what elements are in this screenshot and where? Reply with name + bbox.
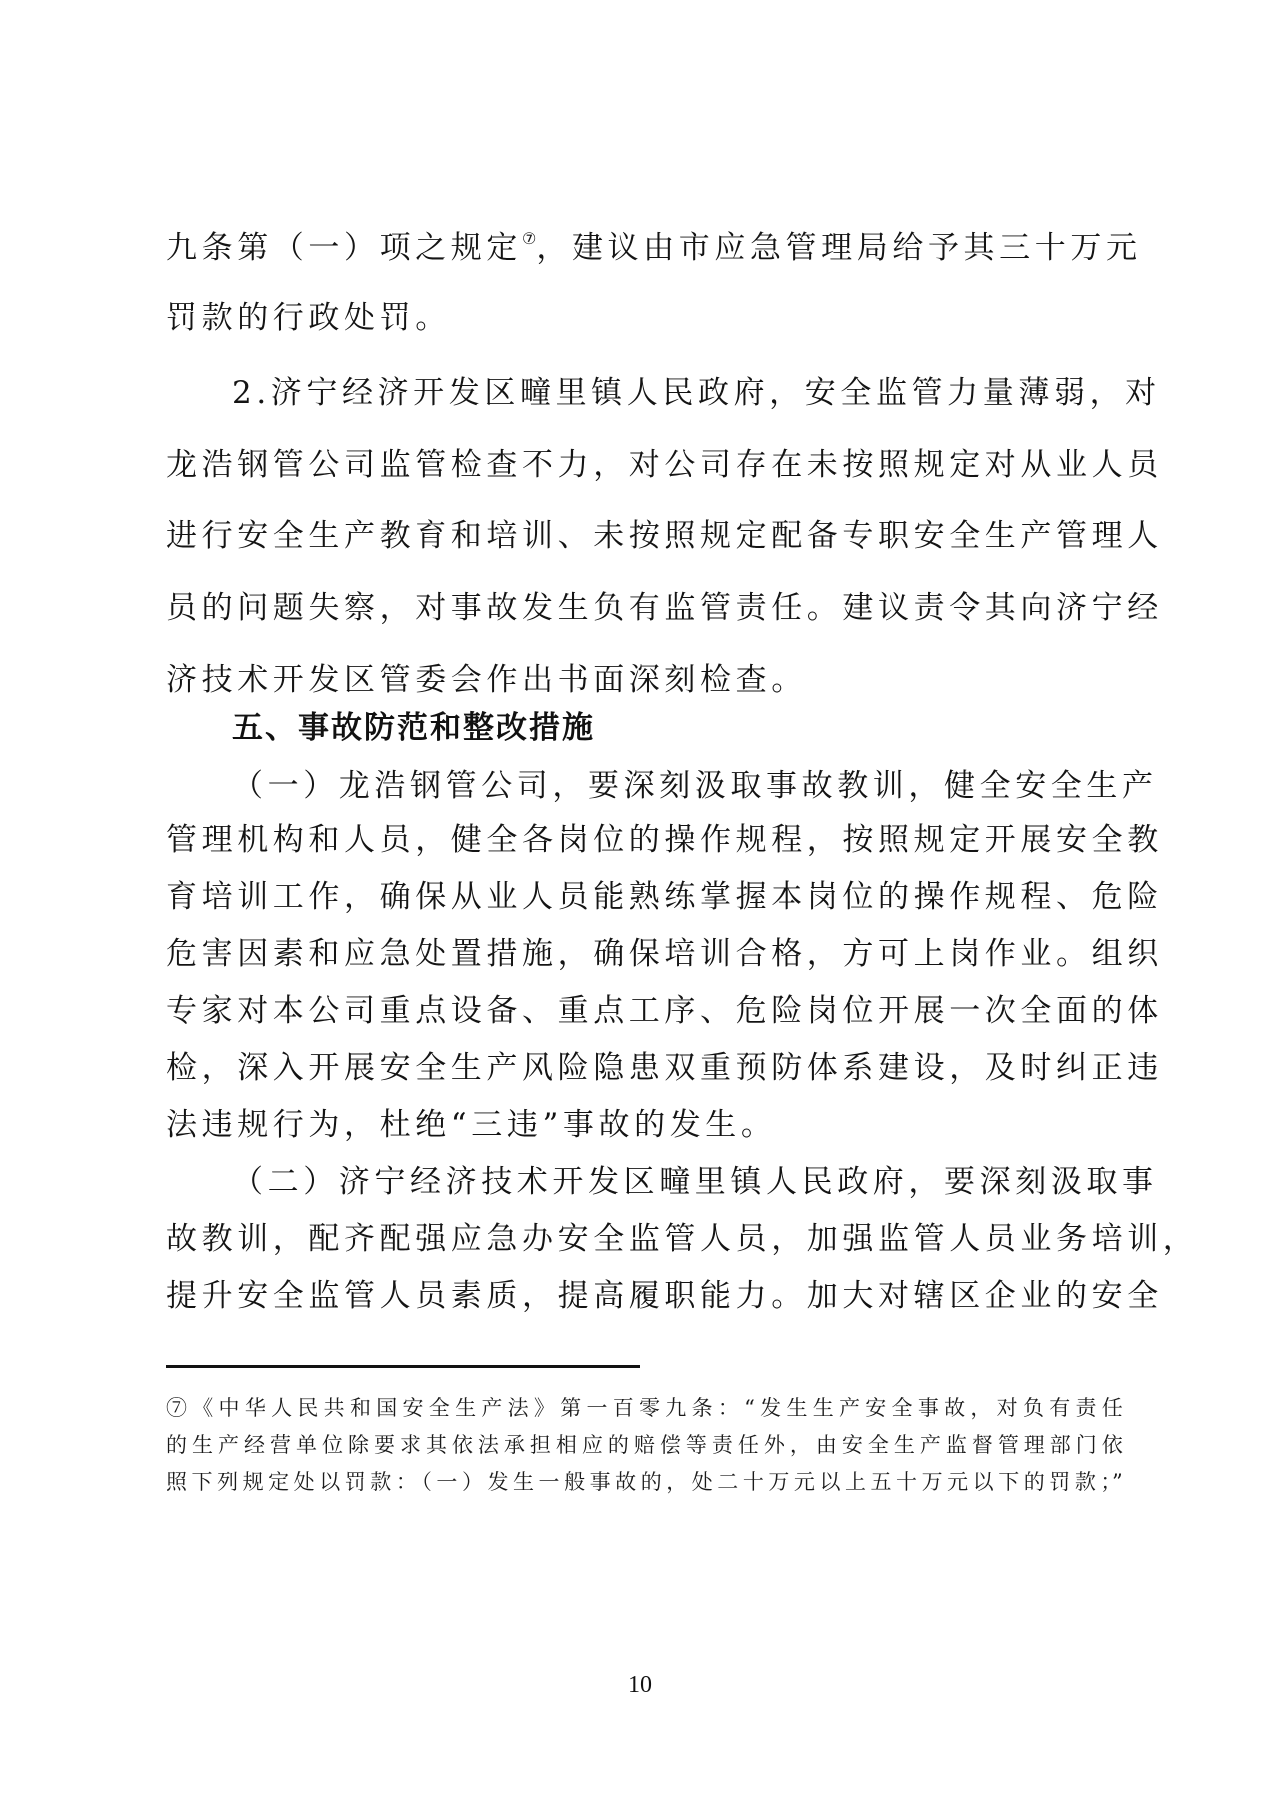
- body-line: 法违规行为，杜绝“三违”事故的发生。: [166, 1105, 1124, 1145]
- body-line: 员的问题失察，对事故发生负有监管责任。建议责令其向济宁经: [166, 588, 1124, 628]
- body-line: 罚款的行政处罚。: [166, 298, 1124, 338]
- body-line: 九条第（一）项之规定⑦，建议由市应急管理局给予其三十万元: [166, 228, 1124, 268]
- body-text: 九条第（一）项之规定: [166, 230, 522, 266]
- body-line: 进行安全生产教育和培训、未按照规定配备专职安全生产管理人: [166, 516, 1124, 556]
- body-line: 育培训工作，确保从业人员能熟练掌握本岗位的操作规程、危险: [166, 877, 1124, 917]
- footnote-line: 照下列规定处以罚款：（一）发生一般事故的，处二十万元以上五十万元以下的罚款；”: [166, 1468, 1124, 1496]
- body-text: ，建议由市应急管理局给予其三十万元: [536, 230, 1141, 266]
- body-line: 专家对本公司重点设备、重点工序、危险岗位开展一次全面的体: [166, 991, 1124, 1031]
- page-number: 10: [0, 1672, 1280, 1699]
- section-heading: 五、事故防范和整改措施: [232, 708, 595, 748]
- body-line: 故教训，配齐配强应急办安全监管人员，加强监管人员业务培训，: [166, 1219, 1124, 1259]
- body-line: 龙浩钢管公司监管检查不力，对公司存在未按照规定对从业人员: [166, 445, 1124, 485]
- body-line: 济技术开发区管委会作出书面深刻检查。: [166, 660, 1124, 700]
- footnote-separator: [166, 1365, 640, 1368]
- document-page: 九条第（一）项之规定⑦，建议由市应急管理局给予其三十万元 罚款的行政处罚。 2.…: [0, 0, 1280, 1810]
- body-line: 提升安全监管人员素质，提高履职能力。加大对辖区企业的安全: [166, 1276, 1124, 1316]
- body-line: （二）济宁经济技术开发区疃里镇人民政府，要深刻汲取事: [232, 1162, 1124, 1202]
- body-line: 危害因素和应急处置措施，确保培训合格，方可上岗作业。组织: [166, 934, 1124, 974]
- footnote-line: ⑦《中华人民共和国安全生产法》第一百零九条：“发生生产安全事故，对负有责任: [166, 1394, 1124, 1422]
- body-line: 检，深入开展安全生产风险隐患双重预防体系建设，及时纠正违: [166, 1048, 1124, 1088]
- body-line: （一）龙浩钢管公司，要深刻汲取事故教训，健全安全生产: [232, 766, 1124, 806]
- footnote-line: 的生产经营单位除要求其依法承担相应的赔偿等责任外，由安全生产监督管理部门依: [166, 1431, 1124, 1459]
- footnote-reference[interactable]: ⑦: [522, 229, 536, 248]
- body-line: 管理机构和人员，健全各岗位的操作规程，按照规定开展安全教: [166, 820, 1124, 860]
- body-line: 2.济宁经济开发区疃里镇人民政府，安全监管力量薄弱，对: [232, 373, 1124, 413]
